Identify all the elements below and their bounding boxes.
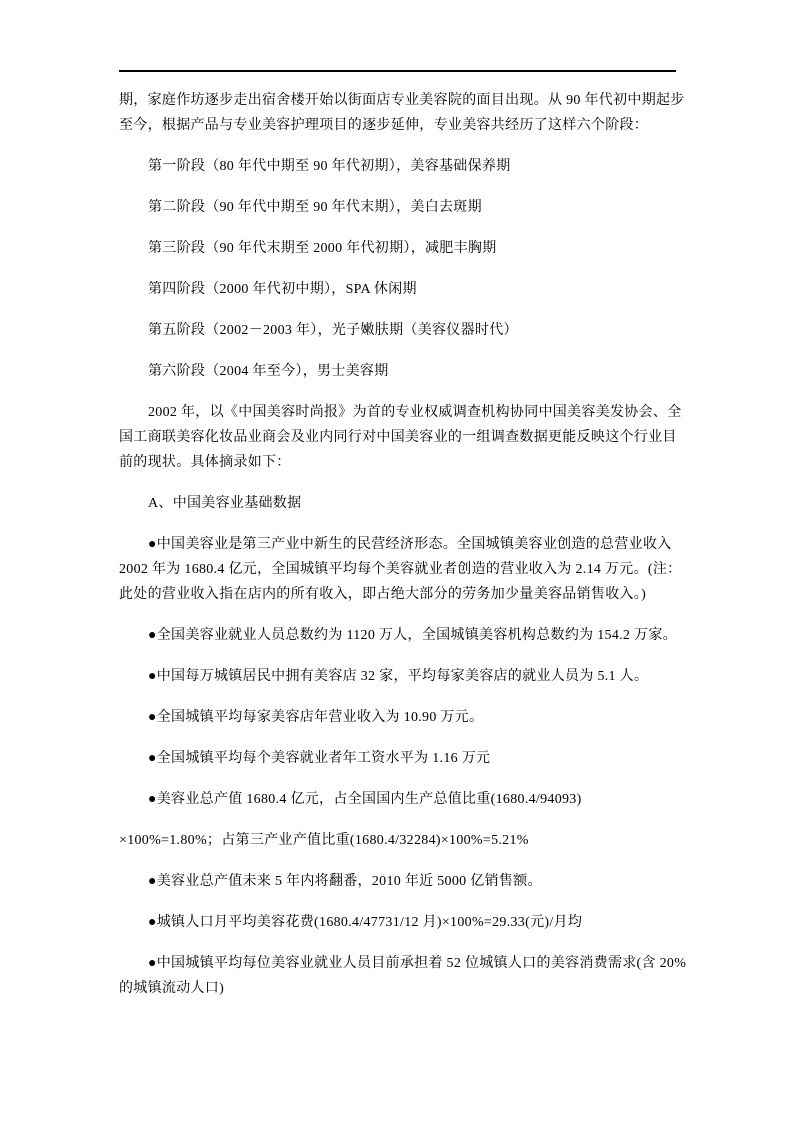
text-line: ●全国美容业就业人员总数约为 1120 万人，全国城镇美容机构总数约为 154.… [119,623,676,648]
paragraph-gdp-share-continued: ×100%=1.80%；占第三产业产值比重(1680.4/32284)×100%… [119,828,676,853]
text-line: 的城镇流动人口) [119,976,676,1001]
header-rule [119,70,676,72]
paragraph-stage-1: 第一阶段（80 年代中期至 90 年代初期），美容基础保养期 [119,154,676,179]
text-line: 期，家庭作坊逐步走出宿舍楼开始以街面店专业美容院的面目出现。从 90 年代初中期… [119,88,676,113]
paragraph-intro: 期，家庭作坊逐步走出宿舍楼开始以街面店专业美容院的面目出现。从 90 年代初中期… [119,88,676,138]
text-line: ●全国城镇平均每个美容就业者年工资水平为 1.16 万元 [119,746,676,771]
bullet-future-growth: ●美容业总产值未来 5 年内将翻番，2010 年近 5000 亿销售额。 [119,869,676,894]
text-line: 2002 年为 1680.4 亿元，全国城镇平均每个美容就业者创造的营业收入为 … [119,557,676,582]
text-line: ●美容业总产值 1680.4 亿元，占全国国内生产总值比重(1680.4/940… [119,787,676,812]
paragraph-section-a-heading: A、中国美容业基础数据 [119,491,676,516]
text-line: 2002 年，以《中国美容时尚报》为首的专业权威调查机构协同中国美容美发协会、全 [119,400,676,425]
paragraph-stage-5: 第五阶段（2002－2003 年），光子嫩肤期（美容仪器时代） [119,318,676,343]
text-line: 此处的营业收入指在店内的所有收入，即占绝大部分的劳务加少量美容品销售收入。) [119,582,676,607]
paragraph-stage-2: 第二阶段（90 年代中期至 90 年代末期），美白去斑期 [119,195,676,220]
text-line: ●全国城镇平均每家美容店年营业收入为 10.90 万元。 [119,705,676,730]
bullet-worker-salary: ●全国城镇平均每个美容就业者年工资水平为 1.16 万元 [119,746,676,771]
text-line: ●中国每万城镇居民中拥有美容店 32 家，平均每家美容店的就业人员为 5.1 人… [119,664,676,689]
text-line: ●城镇人口月平均美容花费(1680.4/47731/12 月)×100%=29.… [119,910,676,935]
bullet-employment-total: ●全国美容业就业人员总数约为 1120 万人，全国城镇美容机构总数约为 154.… [119,623,676,648]
bullet-industry-overview: ●中国美容业是第三产业中新生的民营经济形态。全国城镇美容业创造的总营业收入 20… [119,532,676,607]
text-line: 第一阶段（80 年代中期至 90 年代初期），美容基础保养期 [119,154,676,179]
text-line: ×100%=1.80%；占第三产业产值比重(1680.4/32284)×100%… [119,828,676,853]
text-line: 第六阶段（2004 年至今），男士美容期 [119,359,676,384]
text-line: ●美容业总产值未来 5 年内将翻番，2010 年近 5000 亿销售额。 [119,869,676,894]
text-line: 至今，根据产品与专业美容护理项目的逐步延伸，专业美容共经历了这样六个阶段： [119,113,676,138]
bullet-gdp-share: ●美容业总产值 1680.4 亿元，占全国国内生产总值比重(1680.4/940… [119,787,676,812]
text-line: ●中国美容业是第三产业中新生的民营经济形态。全国城镇美容业创造的总营业收入 [119,532,676,557]
text-line: 前的现状。具体摘录如下： [119,450,676,475]
text-line: 第五阶段（2002－2003 年），光子嫩肤期（美容仪器时代） [119,318,676,343]
text-line: 第二阶段（90 年代中期至 90 年代末期），美白去斑期 [119,195,676,220]
text-line: A、中国美容业基础数据 [119,491,676,516]
document-page: 期，家庭作坊逐步走出宿舍楼开始以街面店专业美容院的面目出现。从 90 年代初中期… [0,0,793,1122]
document-content: 期，家庭作坊逐步走出宿舍楼开始以街面店专业美容院的面目出现。从 90 年代初中期… [119,88,676,1017]
bullet-salon-density: ●中国每万城镇居民中拥有美容店 32 家，平均每家美容店的就业人员为 5.1 人… [119,664,676,689]
paragraph-stage-3: 第三阶段（90 年代末期至 2000 年代初期），减肥丰胸期 [119,236,676,261]
text-line: 第四阶段（2000 年代初中期），SPA 休闲期 [119,277,676,302]
bullet-salon-revenue: ●全国城镇平均每家美容店年营业收入为 10.90 万元。 [119,705,676,730]
text-line: 国工商联美容化妆品业商会及业内同行对中国美容业的一组调查数据更能反映这个行业目 [119,425,676,450]
paragraph-stage-4: 第四阶段（2000 年代初中期），SPA 休闲期 [119,277,676,302]
text-line: 第三阶段（90 年代末期至 2000 年代初期），减肥丰胸期 [119,236,676,261]
text-line: ●中国城镇平均每位美容业就业人员目前承担着 52 位城镇人口的美容消费需求(含 … [119,951,676,976]
bullet-consumer-demand: ●中国城镇平均每位美容业就业人员目前承担着 52 位城镇人口的美容消费需求(含 … [119,951,676,1001]
bullet-monthly-spending: ●城镇人口月平均美容花费(1680.4/47731/12 月)×100%=29.… [119,910,676,935]
paragraph-survey-intro: 2002 年，以《中国美容时尚报》为首的专业权威调查机构协同中国美容美发协会、全… [119,400,676,475]
paragraph-stage-6: 第六阶段（2004 年至今），男士美容期 [119,359,676,384]
